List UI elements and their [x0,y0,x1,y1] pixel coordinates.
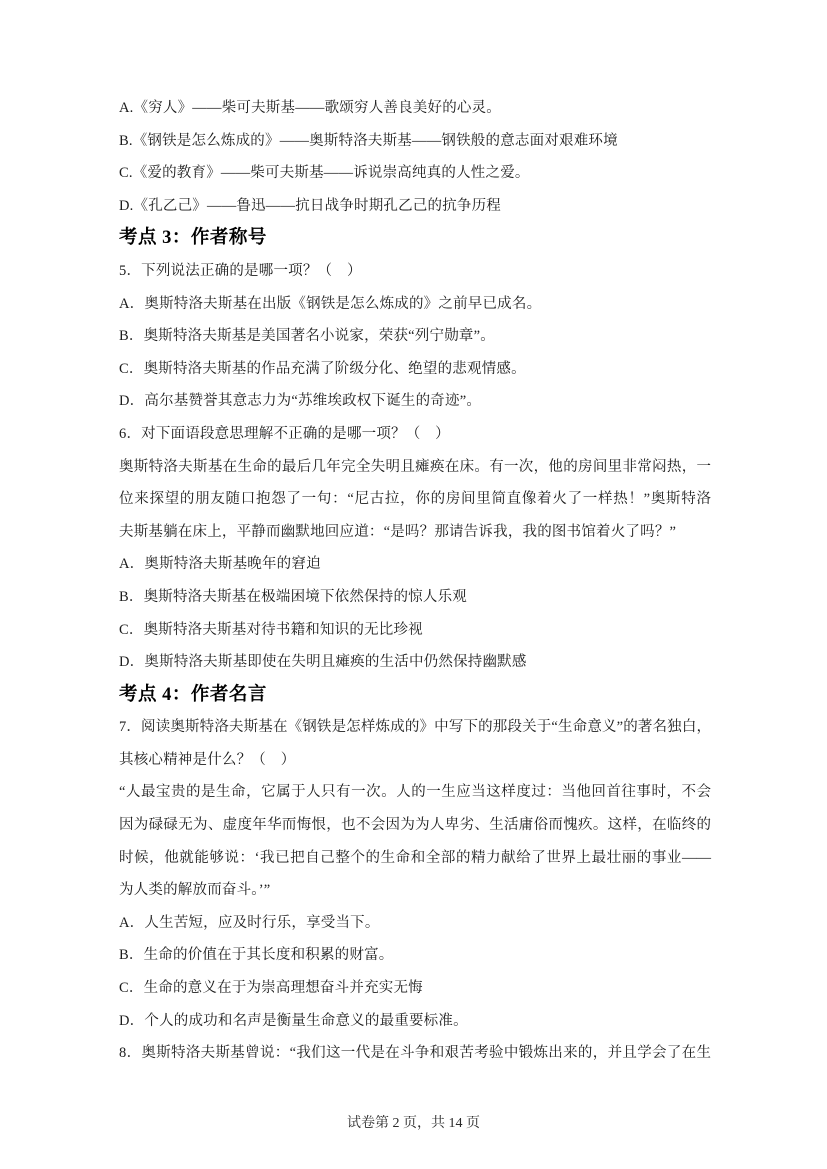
question6-option-d: D．奥斯特洛夫斯基即使在失明且瘫痪的生活中仍然保持幽默感 [119,646,711,679]
page-content: A.《穷人》——柴可夫斯基——歌颂穷人善良美好的心灵。 B.《钢铁是怎么炼成的》… [119,92,711,1070]
question4-option-d: D.《孔乙己》——鲁迅——抗日战争时期孔乙己的抗争历程 [119,190,711,223]
section-heading-kaodian3: 考点 3：作者称号 [119,222,711,255]
question7-option-b: B．生命的价值在于其长度和积累的财富。 [119,939,711,972]
question5-option-d: D．高尔基赞誉其意志力为“苏维埃政权下诞生的奇迹”。 [119,385,711,418]
question4-option-a: A.《穷人》——柴可夫斯基——歌颂穷人善良美好的心灵。 [119,92,711,125]
question7-stem-line-1: 7．阅读奥斯特洛夫斯基在《钢铁是怎样炼成的》中写下的那段关于“生命意义”的著名独… [119,711,711,744]
question8-stem-line-1: 8．奥斯特洛夫斯基曾说：“我们这一代是在斗争和艰苦考验中锻炼出来的，并且学会了在… [119,1037,711,1070]
question7-option-c: C．生命的意义在于为崇高理想奋斗并充实无悔 [119,972,711,1005]
question7-quote-line-1: “人最宝贵的是生命，它属于人只有一次。人的一生应当这样度过：当他回首往事时，不会 [119,776,711,809]
question6-option-a: A．奥斯特洛夫斯基晚年的窘迫 [119,548,711,581]
question4-option-b: B.《钢铁是怎么炼成的》——奥斯特洛夫斯基——钢铁般的意志面对艰难环境 [119,125,711,158]
question5-option-c: C．奥斯特洛夫斯基的作品充满了阶级分化、绝望的悲观情感。 [119,353,711,386]
question6-passage-line-2: 位来探望的朋友随口抱怨了一句：“尼古拉，你的房间里简直像着火了一样热！”奥斯特洛 [119,483,711,516]
question5-option-b: B．奥斯特洛夫斯基是美国著名小说家，荣获“列宁勋章”。 [119,320,711,353]
question6-stem: 6．对下面语段意思理解不正确的是哪一项？（ ） [119,418,711,451]
question7-stem-line-2: 其核心精神是什么？（ ） [119,744,711,777]
question6-option-c: C．奥斯特洛夫斯基对待书籍和知识的无比珍视 [119,614,711,647]
question7-quote-line-2: 因为碌碌无为、虚度年华而悔恨，也不会因为为人卑劣、生活庸俗而愧疚。这样，在临终的 [119,809,711,842]
question4-option-c: C.《爱的教育》——柴可夫斯基——诉说崇高纯真的人性之爱。 [119,157,711,190]
question7-quote-line-4: 为人类的解放而奋斗。’” [119,874,711,907]
question5-option-a: A．奥斯特洛夫斯基在出版《钢铁是怎么炼成的》之前早已成名。 [119,288,711,321]
question7-quote-line-3: 时候，他就能够说：‘我已把自己整个的生命和全部的精力献给了世界上最壮丽的事业—— [119,842,711,875]
question7-option-a: A．人生苦短，应及时行乐，享受当下。 [119,907,711,940]
exam-paper-page: A.《穷人》——柴可夫斯基——歌颂穷人善良美好的心灵。 B.《钢铁是怎么炼成的》… [0,0,827,1169]
question5-stem: 5．下列说法正确的是哪一项？（ ） [119,255,711,288]
question6-passage-line-1: 奥斯特洛夫斯基在生命的最后几年完全失明且瘫痪在床。有一次，他的房间里非常闷热，一 [119,451,711,484]
section-heading-kaodian4: 考点 4：作者名言 [119,679,711,712]
question7-option-d: D．个人的成功和名声是衡量生命意义的最重要标准。 [119,1005,711,1038]
question6-passage-line-3: 夫斯基躺在床上，平静而幽默地回应道：“是吗？那请告诉我，我的图书馆着火了吗？” [119,516,711,549]
question6-option-b: B．奥斯特洛夫斯基在极端困境下依然保持的惊人乐观 [119,581,711,614]
page-footer: 试卷第 2 页，共 14 页 [0,1112,827,1136]
